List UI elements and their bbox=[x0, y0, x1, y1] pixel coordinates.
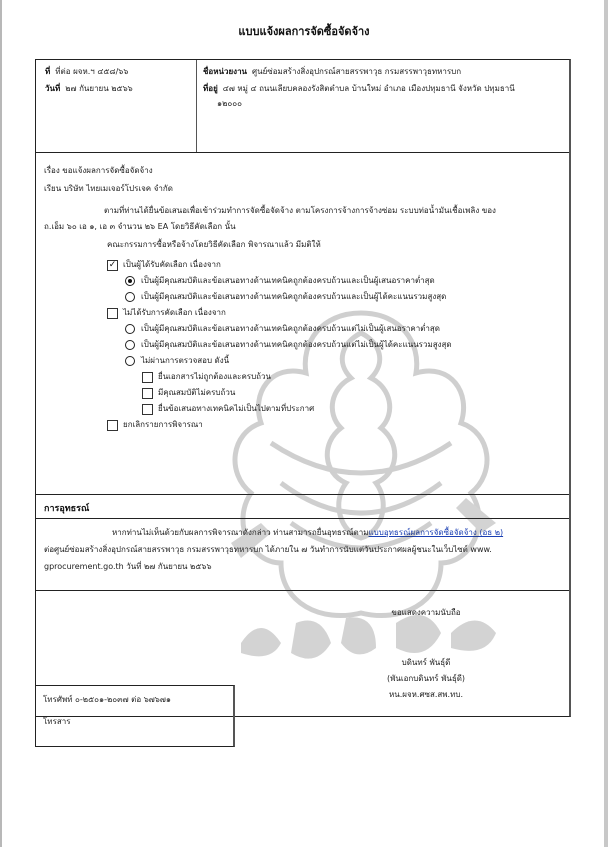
recipient-line: เรียน บริษัท ไทยเมเจอร์โปรเจค จำกัด bbox=[44, 183, 561, 195]
subject-line: เรื่อง ขอแจ้งผลการจัดซื้อจัดจ้าง bbox=[44, 165, 561, 177]
checkbox-empty-icon[interactable] bbox=[107, 308, 118, 319]
reference-line: ที่ที่ต่อ ผจห.ฯ ๔๕๘/๖๖ bbox=[45, 66, 188, 78]
contact-box: โทรศัพท์ ๐-๒๕๐๑-๒๐๓๗ ต่อ ๖๗๖๗๑ โทรสาร bbox=[35, 685, 235, 747]
intro-line-1: ตามที่ท่านได้ยื่นข้อเสนอเพื่อเข้าร่วมทำก… bbox=[44, 205, 561, 217]
notice-form: ที่ที่ต่อ ผจห.ฯ ๔๕๘/๖๖ วันที่๒๗ กันยายน … bbox=[35, 59, 571, 717]
appeal-line-2: ต่อศูนย์ซ่อมสร้างสิ่งอุปกรณ์สายสรรพาวุธ … bbox=[44, 544, 561, 556]
reference-value: ที่ต่อ ผจห.ฯ ๔๕๘/๖๖ bbox=[55, 67, 128, 76]
appeal-heading: การอุทธรณ์ bbox=[36, 495, 569, 519]
agency-label: ชื่อหน่วยงาน bbox=[203, 67, 247, 76]
option-label: ไม่ผ่านการตรวจสอบ ดังนี้ bbox=[141, 355, 229, 367]
checkbox-empty-icon[interactable] bbox=[107, 420, 118, 431]
option-label: ยื่นข้อเสนอทางเทคนิคไม่เป็นไปตามที่ประกา… bbox=[158, 403, 314, 415]
checkbox-empty-icon[interactable] bbox=[142, 388, 153, 399]
option-selected-reason-highest-score[interactable]: เป็นผู้มีคุณสมบัติและข้อเสนอทางด้านเทคนิ… bbox=[44, 289, 561, 305]
option-selected[interactable]: ✓ เป็นผู้ได้รับคัดเลือก เนื่องจาก bbox=[44, 257, 561, 273]
appeal-line-1: หากท่านไม่เห็นด้วยกับผลการพิจารณาดังกล่า… bbox=[44, 527, 561, 539]
checkbox-empty-icon[interactable] bbox=[142, 404, 153, 415]
date-line: วันที่๒๗ กันยายน ๒๕๖๖ bbox=[45, 83, 188, 95]
reference-label: ที่ bbox=[45, 67, 50, 76]
radio-selected-icon[interactable] bbox=[125, 276, 135, 286]
radio-empty-icon[interactable] bbox=[125, 324, 135, 334]
option-label: มีคุณสมบัติไม่ครบถ้วน bbox=[158, 387, 235, 399]
appeal-form-link[interactable]: แบบอุทธรณ์ผลการจัดซื้อจัดจ้าง (อธ ๒) bbox=[369, 528, 504, 537]
committee-line: คณะกรรมการซื้อหรือจ้างโดยวิธีคัดเลือก พิ… bbox=[44, 239, 561, 251]
signer-full-name: (พันเอกบดินทร์ พันธุ์ดี) bbox=[366, 673, 486, 685]
address-postcode: ๑๒๐๐๐ bbox=[203, 97, 561, 110]
document-title: แบบแจ้งผลการจัดซื้อจัดจ้าง bbox=[0, 22, 608, 40]
appeal-text: หากท่านไม่เห็นด้วยกับผลการพิจารณาดังกล่า… bbox=[112, 528, 369, 537]
appeal-line-3: gprocurement.go.th วันที่ ๒๗ กันยายน ๒๕๖… bbox=[44, 561, 561, 573]
option-label: ยื่นเอกสารไม่ถูกต้องและครบถ้วน bbox=[158, 371, 271, 383]
radio-empty-icon[interactable] bbox=[125, 340, 135, 350]
agency-cell: ชื่อหน่วยงานศูนย์ซ่อมสร้างสิ่งอุปกรณ์สาย… bbox=[197, 60, 569, 152]
date-value: ๒๗ กันยายน ๒๕๖๖ bbox=[65, 84, 133, 93]
reference-cell: ที่ที่ต่อ ผจห.ฯ ๔๕๘/๖๖ วันที่๒๗ กันยายน … bbox=[36, 60, 197, 152]
option-selected-label: เป็นผู้ได้รับคัดเลือก เนื่องจาก bbox=[123, 259, 221, 271]
signer-name: บดินทร์ พันธุ์ดี bbox=[366, 657, 486, 669]
signature-section: ขอแสดงความนับถือ บดินทร์ พันธุ์ดี (พันเอ… bbox=[36, 591, 569, 716]
option-failed-documents[interactable]: ยื่นเอกสารไม่ถูกต้องและครบถ้วน bbox=[44, 369, 561, 385]
page-left-edge bbox=[0, 0, 2, 847]
option-failed-technical[interactable]: ยื่นข้อเสนอทางเทคนิคไม่เป็นไปตามที่ประกา… bbox=[44, 401, 561, 417]
option-not-selected-reason-score[interactable]: เป็นผู้มีคุณสมบัติและข้อเสนอทางด้านเทคนิ… bbox=[44, 337, 561, 353]
option-label: เป็นผู้มีคุณสมบัติและข้อเสนอทางด้านเทคนิ… bbox=[141, 291, 446, 303]
checkbox-checked-icon[interactable]: ✓ bbox=[107, 260, 118, 271]
option-label: เป็นผู้มีคุณสมบัติและข้อเสนอทางด้านเทคนิ… bbox=[141, 323, 440, 335]
agency-value: ศูนย์ซ่อมสร้างสิ่งอุปกรณ์สายสรรพาวุธ กรม… bbox=[252, 67, 461, 76]
intro-line-2: ถ.เอ็ม ๖๐ เอ ๑, เอ ๓ จำนวน ๒๖ EA โดยวิธี… bbox=[44, 221, 561, 233]
page-right-edge bbox=[604, 0, 608, 847]
date-label: วันที่ bbox=[45, 84, 60, 93]
option-cancel-label: ยกเลิกรายการพิจารณา bbox=[123, 419, 203, 431]
option-selected-reason-lowest-price[interactable]: เป็นผู้มีคุณสมบัติและข้อเสนอทางด้านเทคนิ… bbox=[44, 273, 561, 289]
option-not-selected-reason-failed[interactable]: ไม่ผ่านการตรวจสอบ ดังนี้ bbox=[44, 353, 561, 369]
fax-line: โทรสาร bbox=[43, 716, 226, 728]
option-not-selected-reason-price[interactable]: เป็นผู้มีคุณสมบัติและข้อเสนอทางด้านเทคนิ… bbox=[44, 321, 561, 337]
signer-position: หน.ผจห.ศซส.สพ.ทบ. bbox=[366, 689, 486, 701]
appeal-section: หากท่านไม่เห็นด้วยกับผลการพิจารณาดังกล่า… bbox=[36, 519, 569, 591]
closing-text: ขอแสดงความนับถือ bbox=[366, 607, 486, 619]
option-not-selected-label: ไม่ได้รับการคัดเลือก เนื่องจาก bbox=[123, 307, 226, 319]
option-cancel[interactable]: ยกเลิกรายการพิจารณา bbox=[44, 417, 561, 433]
option-label: เป็นผู้มีคุณสมบัติและข้อเสนอทางด้านเทคนิ… bbox=[141, 339, 452, 351]
agency-line: ชื่อหน่วยงานศูนย์ซ่อมสร้างสิ่งอุปกรณ์สาย… bbox=[203, 66, 561, 78]
address-label: ที่อยู่ bbox=[203, 84, 218, 93]
header-row: ที่ที่ต่อ ผจห.ฯ ๔๕๘/๖๖ วันที่๒๗ กันยายน … bbox=[36, 60, 569, 153]
option-failed-qualifications[interactable]: มีคุณสมบัติไม่ครบถ้วน bbox=[44, 385, 561, 401]
option-not-selected[interactable]: ไม่ได้รับการคัดเลือก เนื่องจาก bbox=[44, 305, 561, 321]
address-value: ๔๗ หมู่ ๔ ถนนเลียบคลองรังสิตตำบล บ้านใหม… bbox=[223, 84, 515, 93]
radio-empty-icon[interactable] bbox=[125, 356, 135, 366]
result-section: เรื่อง ขอแจ้งผลการจัดซื้อจัดจ้าง เรียน บ… bbox=[36, 153, 569, 495]
radio-empty-icon[interactable] bbox=[125, 292, 135, 302]
phone-line: โทรศัพท์ ๐-๒๕๐๑-๒๐๓๗ ต่อ ๖๗๖๗๑ bbox=[43, 694, 226, 706]
checkbox-empty-icon[interactable] bbox=[142, 372, 153, 383]
option-label: เป็นผู้มีคุณสมบัติและข้อเสนอทางด้านเทคนิ… bbox=[141, 275, 435, 287]
address-line: ที่อยู่๔๗ หมู่ ๔ ถนนเลียบคลองรังสิตตำบล … bbox=[203, 83, 561, 95]
signature-block: ขอแสดงความนับถือ บดินทร์ พันธุ์ดี (พันเอ… bbox=[366, 607, 486, 705]
